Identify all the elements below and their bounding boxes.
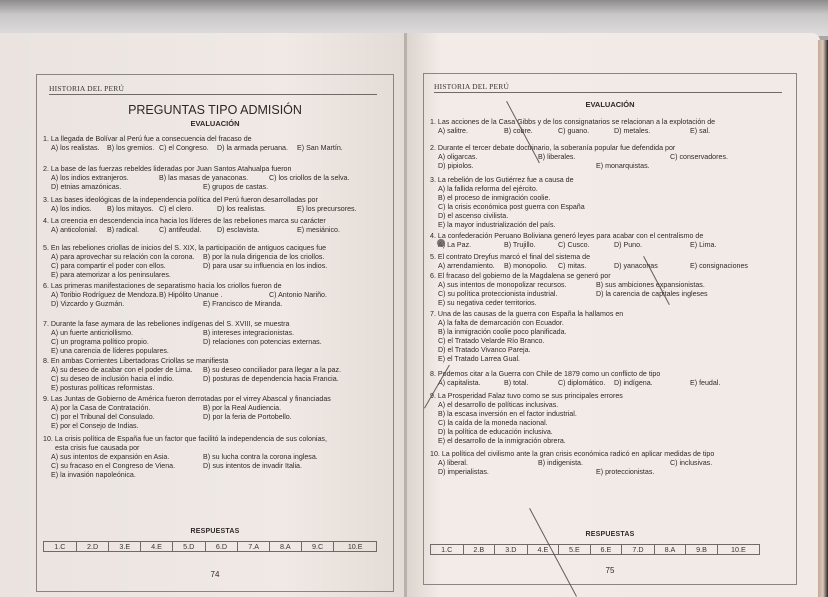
answer-option: C) un programa político propio.	[51, 338, 203, 347]
answer-key-cell: 8.A	[270, 542, 302, 552]
answer-option: C) el Tratado Velarde Río Branco.	[438, 337, 768, 346]
question-item: 10. La crisis política de España fue un …	[43, 435, 383, 480]
answer-option: B) las masas de yanaconas.	[159, 174, 269, 183]
answer-option: A) los indios extranjeros.	[51, 174, 159, 183]
answer-key-cell: 6.E	[590, 545, 622, 555]
answer-option: C) antifeudal.	[159, 226, 217, 235]
question-item: 8. En ambas Corrientes Libertadoras Crio…	[43, 357, 383, 393]
answer-option: D) posturas de dependencia hacia Francia…	[203, 375, 383, 384]
answer-option: C) mitas.	[558, 262, 614, 271]
answer-option: C) su deseo de inclusión hacia el indio.	[51, 375, 203, 384]
answer-option: E) una carencia de líderes populares.	[51, 347, 381, 356]
answer-option: E) por el Consejo de Indias.	[51, 422, 381, 431]
answer-option: A) un fuerte anticriollismo.	[51, 329, 203, 338]
answer-option: A) capitalista.	[438, 379, 504, 388]
question-stem: 7. Una de las causas de la guerra con Es…	[430, 310, 768, 319]
answer-option: B) los gremios.	[107, 144, 159, 153]
question-item: 8. Podemos citar a la Guerra con Chile d…	[430, 370, 770, 388]
section-subtitle: EVALUACIÓN	[424, 100, 796, 109]
question-stem: 1. Las acciones de la Casa Gibbs y de lo…	[430, 118, 770, 127]
answer-option: C) para compartir el poder con ellos.	[51, 262, 203, 271]
answer-key-cell: 1.C	[44, 542, 77, 552]
question-stem: 2. La base de las fuerzas rebeldes lider…	[43, 165, 389, 174]
answer-option: D) pipiolos.	[438, 162, 596, 171]
question-item: 9. La Prosperidad Falaz tuvo como se sus…	[430, 392, 768, 446]
question-stem: 8. En ambas Corrientes Libertadoras Crio…	[43, 357, 383, 366]
answer-option: A) por la Casa de Contratación.	[51, 404, 203, 413]
page-edge	[818, 40, 828, 597]
answer-option: B) su deseo conciliador para llegar a la…	[203, 366, 383, 375]
question-item: 4. La creencia en descendencia inca haci…	[43, 217, 377, 235]
answer-option: A) para aprovechar su relación con la co…	[51, 253, 203, 262]
answer-option: D) la carencia de capitales ingleses	[596, 290, 776, 299]
answers-table: 1.C2.D3.E4.E5.D6.D7.A8.A9.C10.E	[43, 541, 377, 552]
question-item: 10. La política del civilismo ante la gr…	[430, 450, 790, 477]
answers-title: RESPUESTAS	[37, 528, 393, 535]
question-item: 6. Las primeras manifestaciones de separ…	[43, 282, 389, 309]
answer-option: E) el Tratado Larrea Gual.	[438, 355, 768, 364]
answer-option: A) su deseo de acabar con el poder de Li…	[51, 366, 203, 375]
answer-option: C) Cusco.	[558, 241, 614, 250]
running-header: HISTORIA DEL PERÚ	[434, 82, 782, 93]
answer-key-cell: 9.B	[686, 545, 718, 555]
answer-key-cell: 2.D	[76, 542, 109, 552]
answer-option: B) total.	[504, 379, 558, 388]
answer-option: D) para usar su influencia en los indios…	[203, 262, 383, 271]
question-item: 7. Durante la fase aymara de las rebelio…	[43, 320, 383, 356]
answer-option: E) los precursores.	[297, 205, 377, 214]
answer-option: A) liberal.	[438, 459, 538, 468]
question-stem: 7. Durante la fase aymara de las rebelio…	[43, 320, 383, 329]
answer-option: C) la crisis económica post guerra con E…	[438, 203, 768, 212]
answer-option: B) la escasa inversión en el factor indu…	[438, 410, 768, 419]
answer-option: E) grupos de castas.	[203, 183, 383, 192]
answer-option: E) sal.	[690, 127, 770, 136]
answer-option: D) etnias amazónicas.	[51, 183, 203, 192]
left-page: HISTORIA DEL PERÚ PREGUNTAS TIPO ADMISIÓ…	[0, 33, 406, 597]
page-frame: HISTORIA DEL PERÚ PREGUNTAS TIPO ADMISIÓ…	[36, 74, 394, 592]
answer-option: D) el Tratado Vivanco Pareja.	[438, 346, 768, 355]
answer-option: D) relaciones con potencias externas.	[203, 338, 383, 347]
answer-option: B) su lucha contra la corona inglesa.	[203, 453, 383, 462]
question-item: 3. Las bases ideológicas de la independe…	[43, 196, 377, 214]
question-item: 5. El contrato Dreyfus marcó el final de…	[430, 253, 770, 271]
answer-option: E) feudal.	[690, 379, 770, 388]
question-stem: 9. Las Juntas de Gobierno de América fue…	[43, 395, 383, 404]
answer-option: B) Trujillo.	[504, 241, 558, 250]
answer-option: D) la armada peruana.	[217, 144, 297, 153]
answer-option: E) mesiánico.	[297, 226, 377, 235]
answer-option: D) esclavista.	[217, 226, 297, 235]
answer-option: A) sus intentos de expansión en Asia.	[51, 453, 203, 462]
answer-option: A) los indios.	[51, 205, 107, 214]
answer-option: B) cobre.	[504, 127, 558, 136]
answer-option: D) Vizcardo y Guzmán.	[51, 300, 203, 309]
answer-key-cell: 5.D	[172, 542, 205, 552]
answer-option: C) Antonio Nariño.	[269, 291, 389, 300]
question-stem: 4. La creencia en descendencia inca haci…	[43, 217, 377, 226]
answer-option: D) metales.	[614, 127, 690, 136]
question-item: 3. La rebelión de los Gutiérrez fue a ca…	[430, 176, 768, 230]
answer-option: C) conservadores.	[670, 153, 790, 162]
question-item: 1. Las acciones de la Casa Gibbs y de lo…	[430, 118, 770, 136]
answer-option: B) liberales.	[538, 153, 670, 162]
question-item: 4. La confederación Peruano Boliviana ge…	[430, 232, 770, 250]
question-stem: 4. La confederación Peruano Boliviana ge…	[430, 232, 770, 241]
answer-option: C) diplomático.	[558, 379, 614, 388]
answer-option: D) el ascenso civilista.	[438, 212, 768, 221]
question-stem: 2. Durante el tercer debate doctrinario,…	[430, 144, 790, 153]
answer-option: A) Toribio Rodríguez de Mendoza.	[51, 291, 159, 300]
answer-option: C) inclusivas.	[670, 459, 790, 468]
page-number: 74	[37, 570, 393, 579]
answer-option: B) radical.	[107, 226, 159, 235]
question-item: 2. Durante el tercer debate doctrinario,…	[430, 144, 790, 171]
answer-option: E) para atemorizar a los peninsulares.	[51, 271, 381, 280]
answer-option: C) su política proteccionista industrial…	[438, 290, 596, 299]
answer-option: E) la invasión napoleónica.	[51, 471, 381, 480]
answer-option: B) indigenista.	[538, 459, 670, 468]
answer-key-cell: 6.D	[205, 542, 238, 552]
answer-option: A) los realistas.	[51, 144, 107, 153]
question-stem: 9. La Prosperidad Falaz tuvo como se sus…	[430, 392, 768, 401]
answers-table: 1.C2.B3.D4.E5.E6.E7.D8.A9.B10.E	[430, 544, 760, 555]
answer-option: C) el clero.	[159, 205, 217, 214]
answer-option: E) proteccionistas.	[596, 468, 776, 477]
question-stem: 5. En las rebeliones criollas de inicios…	[43, 244, 383, 253]
answer-option: A) la fallida reforma del ejército.	[438, 185, 768, 194]
answer-option: C) por el Tribunal del Consulado.	[51, 413, 203, 422]
answer-key-cell: 1.C	[431, 545, 464, 555]
question-item: 9. Las Juntas de Gobierno de América fue…	[43, 395, 383, 431]
answer-option: E) monarquistas.	[596, 162, 776, 171]
question-stem: 6. Las primeras manifestaciones de separ…	[43, 282, 389, 291]
answer-option: B) por la Real Audiencia.	[203, 404, 383, 413]
answer-option: B) por la nula dirigencia de los criollo…	[203, 253, 383, 262]
answer-key-cell: 9.C	[301, 542, 334, 552]
question-item: 1. La llegada de Bolívar al Perú fue a c…	[43, 135, 377, 153]
right-page: HISTORIA DEL PERÚ EVALUACIÓN 1. Las acci…	[407, 33, 820, 597]
answer-option: B) el proceso de inmigración coolie.	[438, 194, 768, 203]
answer-option: B) sus ambiciones expansionistas.	[596, 281, 776, 290]
question-stem: 8. Podemos citar a la Guerra con Chile d…	[430, 370, 770, 379]
answers-title: RESPUESTAS	[424, 531, 796, 538]
answer-option: E) Francisco de Miranda.	[203, 300, 383, 309]
question-stem: esta crisis fue causada por	[43, 444, 383, 453]
answer-key-cell: 4.E	[141, 542, 173, 552]
answer-option: A) oligarcas.	[438, 153, 538, 162]
answer-option: E) su negativa ceder territorios.	[438, 299, 768, 308]
answer-option: A) anticolonial.	[51, 226, 107, 235]
question-stem: 10. La crisis política de España fue un …	[43, 435, 383, 444]
answer-option: E) San Martín.	[297, 144, 377, 153]
answer-option: C) guano.	[558, 127, 614, 136]
question-item: 7. Una de las causas de la guerra con Es…	[430, 310, 768, 364]
page-title: PREGUNTAS TIPO ADMISIÓN	[37, 103, 393, 117]
answer-option: B) los mitayos.	[107, 205, 159, 214]
answer-option: D) los realistas.	[217, 205, 297, 214]
answer-option: D) Puno.	[614, 241, 690, 250]
answer-option: E) la mayor industrialización del país.	[438, 221, 768, 230]
question-item: 2. La base de las fuerzas rebeldes lider…	[43, 165, 389, 192]
answer-option: D) por la feria de Portobello.	[203, 413, 383, 422]
answer-key-cell: 5.E	[559, 545, 591, 555]
answer-key-cell: 3.E	[109, 542, 141, 552]
answer-option: A) sus intentos de monopolizar recursos.	[438, 281, 596, 290]
page-frame: HISTORIA DEL PERÚ EVALUACIÓN 1. Las acci…	[423, 73, 797, 585]
question-stem: 3. La rebelión de los Gutiérrez fue a ca…	[430, 176, 768, 185]
answer-option: C) la caída de la moneda nacional.	[438, 419, 768, 428]
answer-option: A) La Paz.	[438, 241, 504, 250]
answer-key-cell: 7.D	[622, 545, 655, 555]
answer-option: E) Lima.	[690, 241, 770, 250]
answer-mark	[437, 239, 445, 247]
question-stem: 3. Las bases ideológicas de la independe…	[43, 196, 377, 205]
question-stem: 5. El contrato Dreyfus marcó el final de…	[430, 253, 770, 262]
answer-option: B) la inmigración coolie poco planificad…	[438, 328, 768, 337]
answer-key-cell: 8.A	[654, 545, 686, 555]
question-item: 5. En las rebeliones criollas de inicios…	[43, 244, 383, 280]
question-stem: 10. La política del civilismo ante la gr…	[430, 450, 790, 459]
answer-option: A) el desarrollo de políticas inclusivas…	[438, 401, 768, 410]
answer-key-cell: 2.B	[463, 545, 495, 555]
answer-key-cell: 10.E	[717, 545, 759, 555]
answer-key-cell: 3.D	[495, 545, 528, 555]
section-subtitle: EVALUACIÓN	[37, 119, 393, 128]
answer-option: B) intereses integracionistas.	[203, 329, 383, 338]
running-header: HISTORIA DEL PERÚ	[49, 84, 377, 95]
page-number: 75	[424, 566, 796, 575]
question-stem: 6. El fracaso del gobierno de la Magdale…	[430, 272, 776, 281]
answer-option: E) consignaciones	[690, 262, 770, 271]
answer-option: D) indígena.	[614, 379, 690, 388]
answer-option: E) posturas políticas reformistas.	[51, 384, 381, 393]
answer-option: B) monopolio.	[504, 262, 558, 271]
answer-option: D) imperialistas.	[438, 468, 596, 477]
answer-option: B) Hipólito Unanue .	[159, 291, 269, 300]
answer-option: A) la falta de demarcación con Ecuador.	[438, 319, 768, 328]
answer-option: C) los criollos de la selva.	[269, 174, 389, 183]
answer-key-cell: 7.A	[238, 542, 270, 552]
answer-option: A) arrendamiento.	[438, 262, 504, 271]
question-stem: 1. La llegada de Bolívar al Perú fue a c…	[43, 135, 377, 144]
answer-option: C) el Congreso.	[159, 144, 217, 153]
answer-option: D) la política de educación inclusiva.	[438, 428, 768, 437]
answer-option: C) su fracaso en el Congreso de Viena.	[51, 462, 203, 471]
answer-option: E) el desarrollo de la inmigración obrer…	[438, 437, 768, 446]
answer-key-cell: 10.E	[334, 542, 377, 552]
answer-option: D) sus intentos de invadir Italia.	[203, 462, 383, 471]
scanner-background	[0, 0, 828, 36]
answer-option: D) yanaconas	[614, 262, 690, 271]
answer-option: A) salitre.	[438, 127, 504, 136]
question-item: 6. El fracaso del gobierno de la Magdale…	[430, 272, 776, 308]
